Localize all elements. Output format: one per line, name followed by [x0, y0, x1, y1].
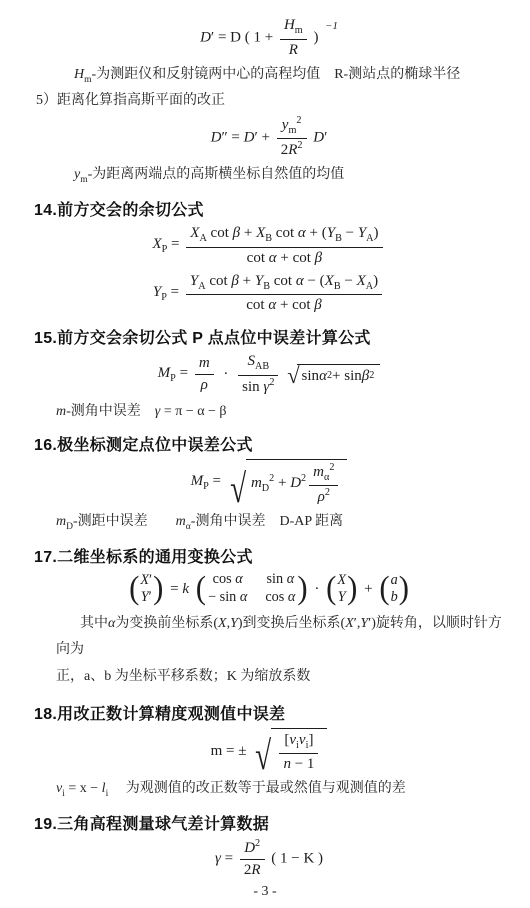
- fraction-denominator: 2R: [240, 860, 265, 880]
- note-md-malpha: mD-测距中误差 mα-测角中误差 D-AP 距离: [56, 511, 504, 534]
- fraction: ym2 2R2: [277, 115, 307, 161]
- matrix-cell: cos α: [208, 571, 247, 589]
- fraction-numerator: D2: [240, 838, 265, 860]
- heading-18: 18.用改正数计算精度观测值中误差: [34, 701, 504, 724]
- para-transform-note: 其中α为变换前坐标系(X,Y)到变换后坐标系(X′,Y′)旋转角，以顺时针方向为…: [56, 611, 504, 691]
- heading-15: 15.前方交会余切公式 P 点点位中误差计算公式: [34, 325, 504, 348]
- formula-part: m = ±: [211, 742, 247, 758]
- fraction-numerator: m: [195, 354, 214, 375]
- vector-entry: X: [337, 572, 346, 589]
- formula-gamma: γ = D2 2R ( 1 − K ): [34, 838, 504, 880]
- list-item-5: 5）距离化算指高斯平面的改正: [36, 90, 504, 111]
- para-line: 正，a、b 为坐标平移系数；K 为缩放系数: [56, 664, 504, 691]
- formula-d-prime: D′ = D ( 1 + Hm R ) −1: [34, 16, 504, 60]
- fraction-numerator: [vivi]: [279, 731, 318, 755]
- document-page: D′ = D ( 1 + Hm R ) −1 Hm-为测距仪和反射镜两中心的高程…: [0, 0, 530, 908]
- fraction: m ρ: [195, 354, 214, 395]
- fraction-denominator: n − 1: [279, 754, 318, 774]
- rotation-matrix: cos αsin α− sin αcos α: [206, 571, 297, 607]
- heading-19: 19.三角高程测量球气差计算数据: [34, 811, 504, 834]
- right-paren: ): [153, 574, 163, 605]
- vector-entry: a: [391, 572, 398, 589]
- heading-14: 14.前方交会的余切公式: [34, 197, 504, 220]
- fraction: YA cot β + YB cot α − (XB − XA) cot α + …: [186, 272, 382, 316]
- fraction: mα2 ρ2: [309, 462, 338, 508]
- fraction: [vivi] n − 1: [279, 731, 318, 775]
- fraction-denominator: cot α + cot β: [186, 295, 382, 315]
- formula-part: D″ = D′ +: [211, 129, 270, 145]
- formula-d-double-prime: D″ = D′ + ym2 2R2 D′: [34, 115, 504, 161]
- formula-part: MP =: [158, 365, 188, 381]
- fraction-numerator: XA cot β + XB cot α + (YB − YA): [186, 224, 382, 248]
- vector-entry: X′: [140, 572, 152, 589]
- vector-entry: Y′: [141, 589, 152, 606]
- square-root: √ [vivi] n − 1: [252, 728, 327, 775]
- vector-entry: b: [391, 589, 398, 606]
- note-m-gamma: m-测角中误差 γ = π − α − β: [56, 401, 504, 422]
- formula-part: YP =: [153, 284, 179, 300]
- vector-ab: ab: [390, 572, 399, 606]
- right-paren: ): [399, 574, 409, 605]
- equals-k: = k: [170, 581, 189, 597]
- multiplication-dot: ·: [223, 366, 228, 382]
- vector-xy-prime: X′Y′: [139, 572, 153, 606]
- page-number: - 3 -: [0, 884, 530, 900]
- formula-part: ): [313, 29, 318, 45]
- radical-sign: √: [255, 728, 271, 775]
- fraction-denominator: sin γ2: [238, 376, 278, 397]
- heading-17: 17.二维坐标系的通用变换公式: [34, 544, 504, 567]
- heading-16: 16.极坐标测定点位中误差公式: [34, 432, 504, 455]
- fraction-denominator: ρ: [195, 375, 214, 395]
- fraction-numerator: YA cot β + YB cot α − (XB − XA): [186, 272, 382, 296]
- fraction-numerator: mα2: [309, 462, 338, 487]
- formula-part: mD2 + D2: [251, 473, 306, 496]
- formula-part: γ =: [215, 851, 233, 867]
- formula-part: D′: [313, 129, 327, 145]
- formula-mp-intersection: MP = m ρ · SAB sin γ2 √ sin α2 + sin β2: [34, 352, 504, 397]
- radicand: mD2 + D2 mα2 ρ2: [246, 459, 347, 508]
- note-hm-r: Hm-为测距仪和反射镜两中心的高程均值 R-测站点的椭球半径: [74, 64, 504, 87]
- formula-mp-polar: MP = √ mD2 + D2 mα2 ρ2: [34, 459, 504, 508]
- radical-sign: √: [230, 459, 246, 508]
- formula-part: MP =: [191, 473, 221, 489]
- fraction: D2 2R: [240, 838, 265, 880]
- fraction-numerator: SAB: [238, 352, 278, 376]
- fraction-denominator: cot α + cot β: [186, 248, 382, 268]
- matrix-cell: sin α: [265, 571, 295, 589]
- plus-sign: +: [364, 581, 372, 597]
- note-vi: vi = x − li 为观测值的改正数等于最或然值与观测值的差: [56, 778, 504, 801]
- fraction-denominator: R: [280, 40, 307, 60]
- fraction-denominator: ρ2: [309, 486, 338, 507]
- matrix-cell: − sin α: [208, 589, 247, 607]
- note-ym: ym-为距离两端点的高斯横坐标自然值的均值: [74, 164, 504, 187]
- formula-part: D′ = D ( 1 +: [200, 29, 273, 45]
- right-paren: ): [347, 574, 357, 605]
- fraction: Hm R: [280, 16, 307, 60]
- multiplication-dot: ·: [314, 581, 319, 597]
- vector-xy: XY: [336, 572, 347, 606]
- formula-xp: XP = XA cot β + XB cot α + (YB − YA) cot…: [34, 224, 504, 268]
- formula-part: ( 1 − K ): [271, 851, 323, 867]
- fraction-numerator: ym2: [277, 115, 307, 140]
- fraction: SAB sin γ2: [238, 352, 278, 397]
- formula-part: XP =: [152, 236, 179, 252]
- exponent: −1: [325, 20, 338, 32]
- fraction-denominator: 2R2: [277, 139, 307, 160]
- left-paren: (: [379, 574, 389, 605]
- formula-m-rms: m = ± √ [vivi] n − 1: [34, 728, 504, 775]
- left-paren: (: [326, 574, 336, 605]
- matrix-cell: cos α: [265, 589, 295, 607]
- left-paren: (: [196, 574, 206, 605]
- radicand: sin α2 + sin β2: [297, 364, 381, 386]
- right-paren: ): [297, 574, 307, 605]
- radicand: [vivi] n − 1: [271, 728, 327, 775]
- left-paren: (: [129, 574, 139, 605]
- formula-coordinate-transform: (X′Y′) = k (cos αsin α− sin αcos α) · (X…: [34, 571, 504, 607]
- formula-yp: YP = YA cot β + YB cot α − (XB − XA) cot…: [34, 272, 504, 316]
- fraction: XA cot β + XB cot α + (YB − YA) cot α + …: [186, 224, 382, 268]
- para-line: 其中α为变换前坐标系(X,Y)到变换后坐标系(X′,Y′)旋转角，以顺时针方向为: [56, 611, 504, 664]
- vector-entry: Y: [338, 589, 346, 606]
- square-root: √ sin α2 + sin β2: [287, 364, 380, 386]
- fraction-numerator: Hm: [280, 16, 307, 40]
- square-root: √ mD2 + D2 mα2 ρ2: [227, 459, 348, 508]
